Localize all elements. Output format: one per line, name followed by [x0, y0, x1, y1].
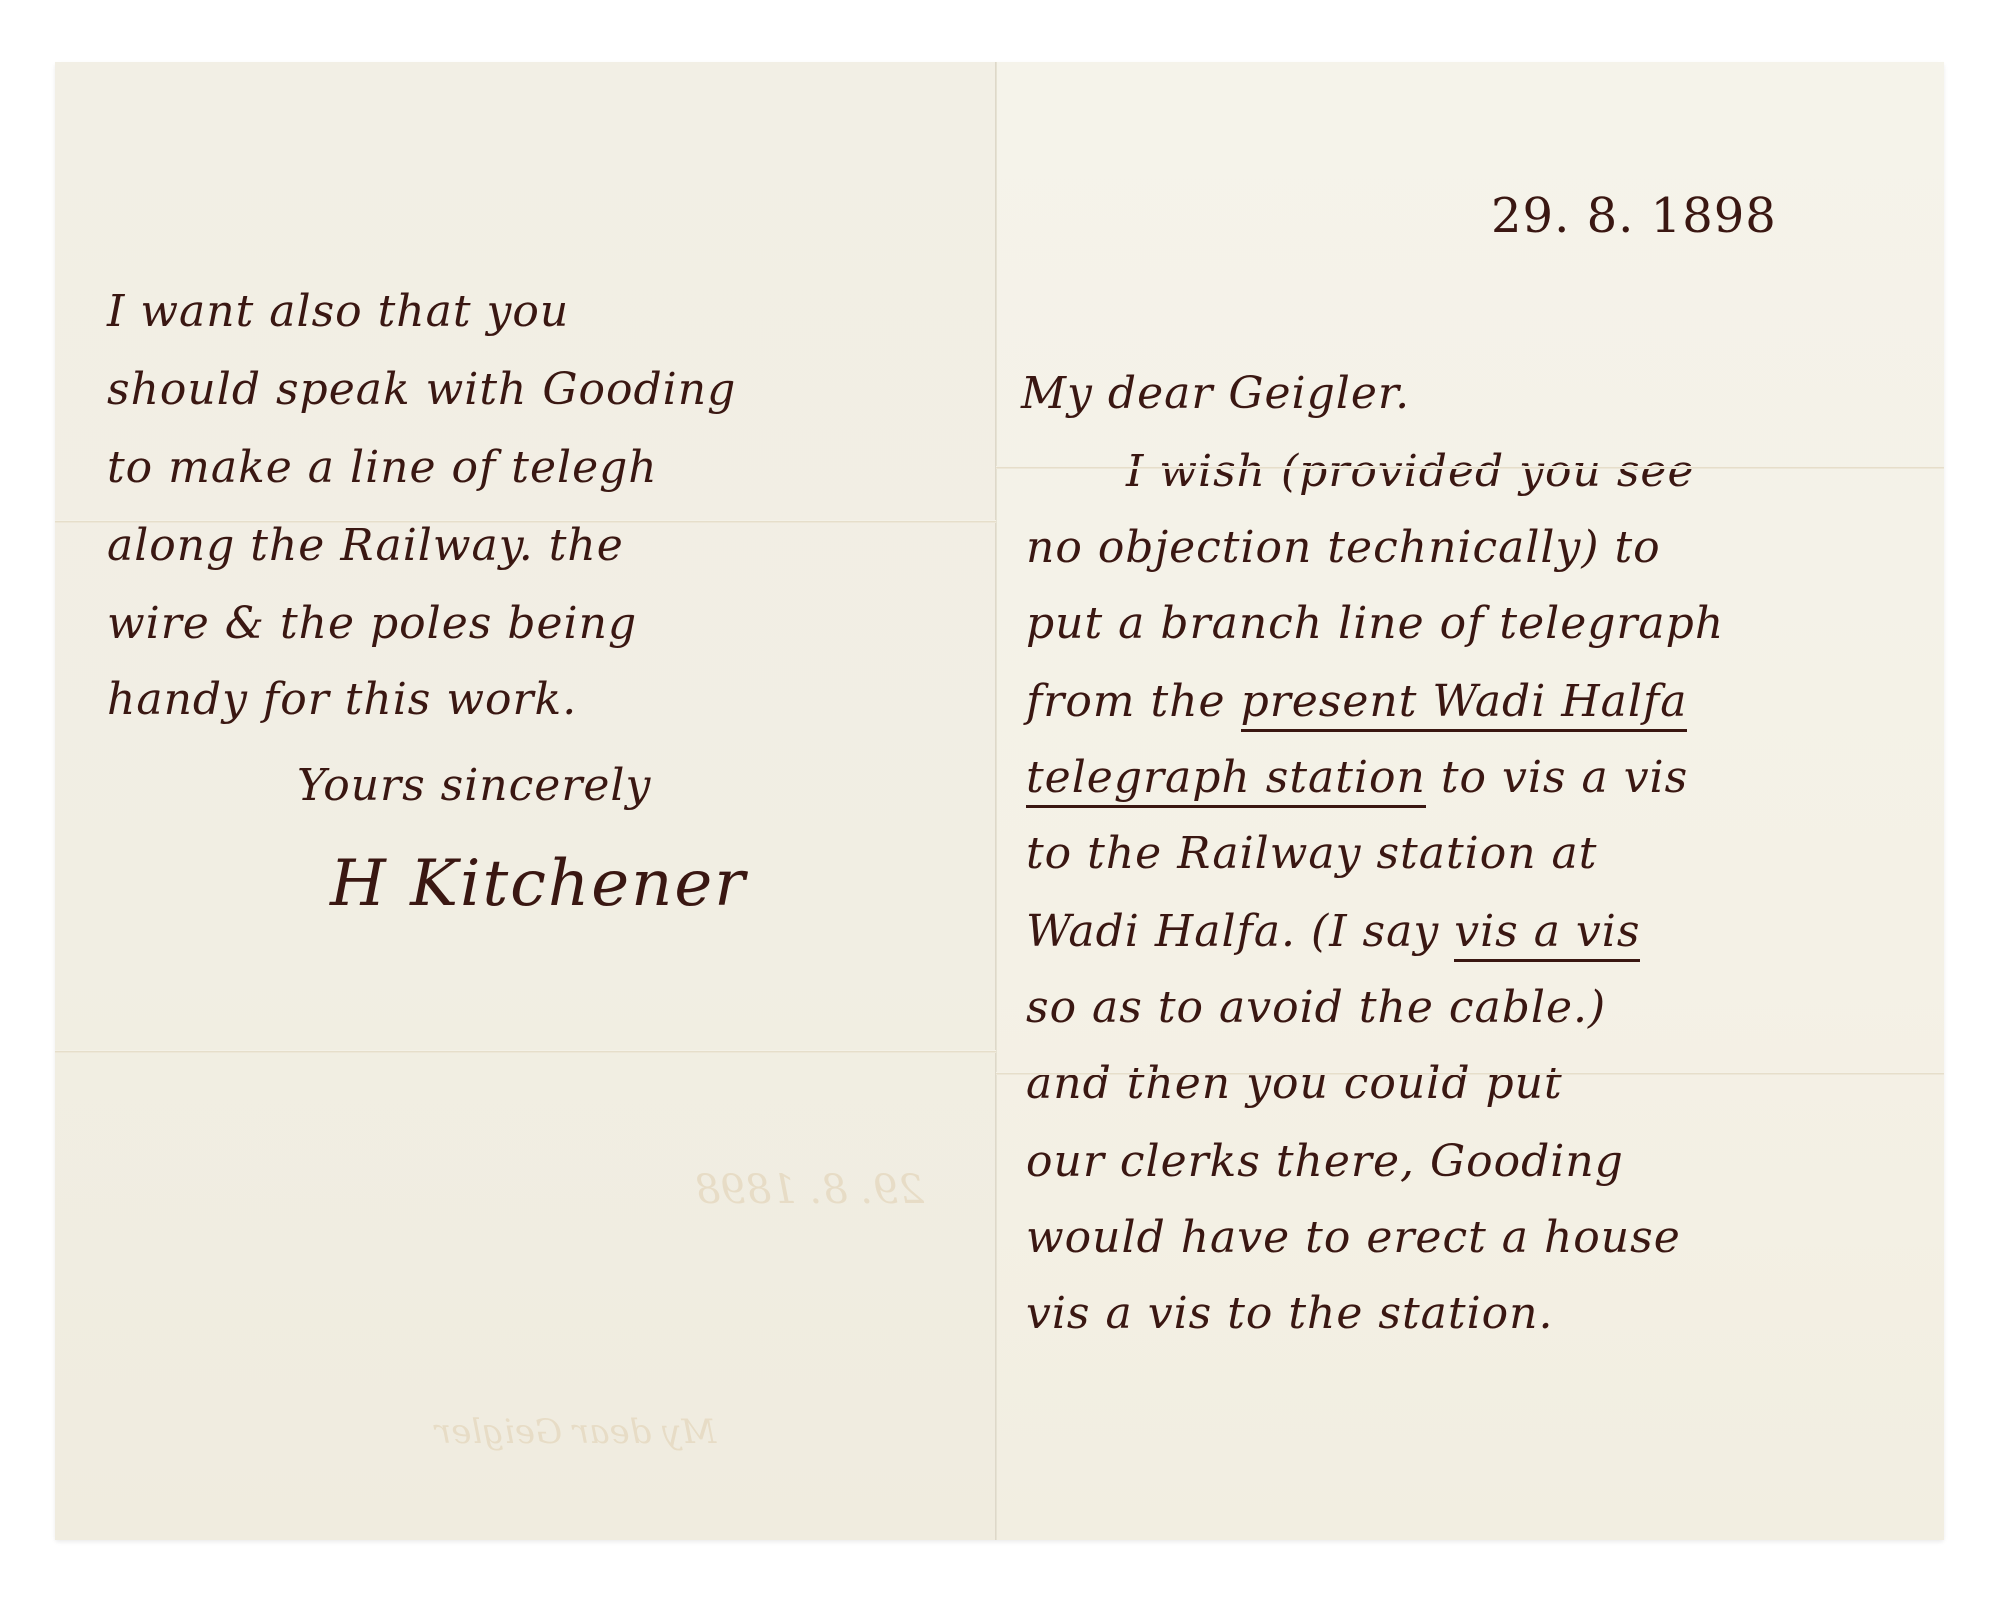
right-line-3: put a branch line of telegraph [1026, 602, 1724, 646]
right-line-4: from the present Wadi Halfa [1026, 680, 1687, 724]
right-page: 29. 8. 1898 My dear Geigler. I wish (pro… [996, 62, 1944, 1540]
left-line-5: wire & the poles being [107, 602, 637, 646]
bleed-through-salutation: My dear Geigler [435, 1412, 716, 1452]
right-line-2: no objection technically) to [1026, 526, 1661, 570]
left-line-3: to make a line of telegh [107, 446, 658, 490]
bleed-through-date: 29. 8. 1898 [695, 1167, 924, 1213]
right-line-1: I wish (provided you see [1126, 450, 1694, 494]
letter-date: 29. 8. 1898 [1491, 192, 1777, 240]
horizontal-fold-upper-left [55, 520, 996, 523]
left-line-2: should speak with Gooding [107, 368, 736, 412]
right-line-12: vis a vis to the station. [1026, 1292, 1553, 1336]
right-line-8: so as to avoid the cable.) [1026, 986, 1606, 1030]
vertical-fold [995, 62, 997, 1540]
closing: Yours sincerely [297, 764, 651, 808]
right-line-5: telegraph station to vis a vis [1026, 756, 1688, 800]
horizontal-fold-lower-right [996, 1072, 1944, 1075]
underlined-telegraph-station: telegraph station [1026, 752, 1426, 808]
left-line-1: I want also that you [107, 290, 569, 334]
right-line-11: would have to erect a house [1026, 1216, 1681, 1260]
left-page: 29. 8. 1898 My dear Geigler I want also … [55, 62, 996, 1540]
right-line-4-start: from the [1026, 676, 1241, 727]
horizontal-fold-upper-right [996, 466, 1944, 469]
right-line-9: and then you could put [1026, 1062, 1563, 1106]
right-line-10: our clerks there, Gooding [1026, 1140, 1624, 1184]
letter-sheet: 29. 8. 1898 My dear Geigler I want also … [55, 62, 1944, 1540]
horizontal-fold-lower-left [55, 1050, 996, 1053]
underlined-vis-a-vis: vis a vis [1454, 906, 1640, 962]
right-line-7: Wadi Halfa. (I say vis a vis [1026, 910, 1640, 954]
right-line-5-end: to vis a vis [1426, 752, 1688, 803]
underlined-present-wadi-halfa: present Wadi Halfa [1241, 676, 1688, 732]
left-line-6: handy for this work. [107, 678, 577, 722]
left-line-4: along the Railway. the [107, 524, 624, 568]
right-line-7-start: Wadi Halfa. (I say [1026, 906, 1454, 957]
salutation: My dear Geigler. [1021, 372, 1410, 416]
signature: H Kitchener [330, 852, 747, 916]
right-line-6: to the Railway station at [1026, 832, 1597, 876]
